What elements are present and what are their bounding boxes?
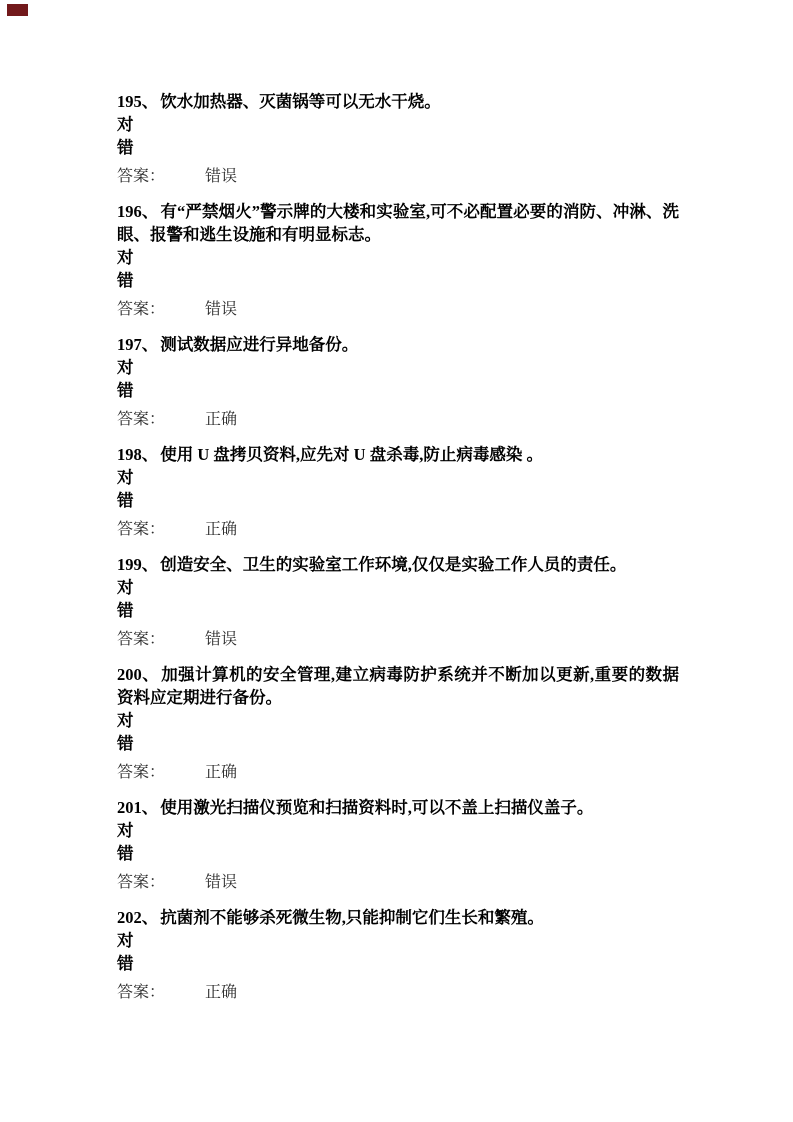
question-body: 使用激光扫描仪预览和扫描资料时,可以不盖上扫描仪盖子。 <box>160 798 593 817</box>
question-number: 198、 <box>117 445 158 464</box>
question-text: 195、饮水加热器、灭菌锅等可以无水干烧。 <box>117 90 679 113</box>
question-number: 197、 <box>117 335 158 354</box>
question-text: 197、测试数据应进行异地备份。 <box>117 333 679 356</box>
answer-line: 答案：错误 <box>117 298 679 321</box>
question-number: 202、 <box>117 908 158 927</box>
answer-value: 错误 <box>205 301 237 318</box>
answer-value: 正确 <box>205 764 237 781</box>
answer-label: 答案： <box>117 168 165 185</box>
question-text: 199、创造安全、卫生的实验室工作环境,仅仅是实验工作人员的责任。 <box>117 553 679 576</box>
option-false[interactable]: 错 <box>117 269 679 292</box>
answer-label: 答案： <box>117 984 165 1001</box>
option-true[interactable]: 对 <box>117 576 679 599</box>
answer-value: 正确 <box>205 521 237 538</box>
answer-value: 正确 <box>205 984 237 1001</box>
option-false[interactable]: 错 <box>117 489 679 512</box>
option-false[interactable]: 错 <box>117 379 679 402</box>
question-body: 创造安全、卫生的实验室工作环境,仅仅是实验工作人员的责任。 <box>160 555 626 574</box>
option-false[interactable]: 错 <box>117 599 679 622</box>
question-text: 202、抗菌剂不能够杀死微生物,只能抑制它们生长和繁殖。 <box>117 906 679 929</box>
answer-line: 答案：正确 <box>117 981 679 1004</box>
question-block-195: 195、饮水加热器、灭菌锅等可以无水干烧。 对 错 答案：错误 <box>117 90 679 188</box>
red-corner-mark <box>7 4 28 16</box>
question-body: 抗菌剂不能够杀死微生物,只能抑制它们生长和繁殖。 <box>160 908 544 927</box>
option-true[interactable]: 对 <box>117 929 679 952</box>
question-text: 201、使用激光扫描仪预览和扫描资料时,可以不盖上扫描仪盖子。 <box>117 796 679 819</box>
answer-label: 答案： <box>117 874 165 891</box>
option-true[interactable]: 对 <box>117 709 679 732</box>
answer-line: 答案：错误 <box>117 165 679 188</box>
question-body: 使用 U 盘拷贝资料,应先对 U 盘杀毒,防止病毒感染 。 <box>160 445 543 464</box>
question-body: 测试数据应进行异地备份。 <box>160 335 358 354</box>
question-number: 201、 <box>117 798 158 817</box>
question-number: 199、 <box>117 555 158 574</box>
question-block-196: 196、有“严禁烟火”警示牌的大楼和实验室,可不必配置必要的消防、冲淋、洗眼、报… <box>117 200 679 321</box>
option-true[interactable]: 对 <box>117 246 679 269</box>
answer-line: 答案：正确 <box>117 518 679 541</box>
answer-value: 错误 <box>205 168 237 185</box>
answer-label: 答案： <box>117 411 165 428</box>
document-page: 195、饮水加热器、灭菌锅等可以无水干烧。 对 错 答案：错误 196、有“严禁… <box>117 90 679 1016</box>
answer-value: 错误 <box>205 631 237 648</box>
question-body: 有“严禁烟火”警示牌的大楼和实验室,可不必配置必要的消防、冲淋、洗眼、报警和逃生… <box>117 202 679 244</box>
option-true[interactable]: 对 <box>117 356 679 379</box>
question-block-200: 200、加强计算机的安全管理,建立病毒防护系统并不断加以更新,重要的数据资料应定… <box>117 663 679 784</box>
answer-value: 正确 <box>205 411 237 428</box>
answer-label: 答案： <box>117 631 165 648</box>
answer-value: 错误 <box>205 874 237 891</box>
answer-line: 答案：错误 <box>117 871 679 894</box>
option-false[interactable]: 错 <box>117 136 679 159</box>
answer-label: 答案： <box>117 764 165 781</box>
question-block-201: 201、使用激光扫描仪预览和扫描资料时,可以不盖上扫描仪盖子。 对 错 答案：错… <box>117 796 679 894</box>
question-body: 加强计算机的安全管理,建立病毒防护系统并不断加以更新,重要的数据资料应定期进行备… <box>117 665 679 707</box>
answer-line: 答案：错误 <box>117 628 679 651</box>
question-number: 200、 <box>117 665 159 684</box>
question-block-197: 197、测试数据应进行异地备份。 对 错 答案：正确 <box>117 333 679 431</box>
option-true[interactable]: 对 <box>117 819 679 842</box>
question-text: 196、有“严禁烟火”警示牌的大楼和实验室,可不必配置必要的消防、冲淋、洗眼、报… <box>117 200 679 246</box>
option-true[interactable]: 对 <box>117 113 679 136</box>
question-number: 195、 <box>117 92 158 111</box>
option-false[interactable]: 错 <box>117 842 679 865</box>
option-false[interactable]: 错 <box>117 952 679 975</box>
question-block-202: 202、抗菌剂不能够杀死微生物,只能抑制它们生长和繁殖。 对 错 答案：正确 <box>117 906 679 1004</box>
question-body: 饮水加热器、灭菌锅等可以无水干烧。 <box>160 92 441 111</box>
answer-label: 答案： <box>117 521 165 538</box>
answer-label: 答案： <box>117 301 165 318</box>
option-false[interactable]: 错 <box>117 732 679 755</box>
option-true[interactable]: 对 <box>117 466 679 489</box>
question-block-199: 199、创造安全、卫生的实验室工作环境,仅仅是实验工作人员的责任。 对 错 答案… <box>117 553 679 651</box>
question-number: 196、 <box>117 202 158 221</box>
question-block-198: 198、使用 U 盘拷贝资料,应先对 U 盘杀毒,防止病毒感染 。 对 错 答案… <box>117 443 679 541</box>
question-text: 198、使用 U 盘拷贝资料,应先对 U 盘杀毒,防止病毒感染 。 <box>117 443 679 466</box>
question-text: 200、加强计算机的安全管理,建立病毒防护系统并不断加以更新,重要的数据资料应定… <box>117 663 679 709</box>
answer-line: 答案：正确 <box>117 408 679 431</box>
answer-line: 答案：正确 <box>117 761 679 784</box>
